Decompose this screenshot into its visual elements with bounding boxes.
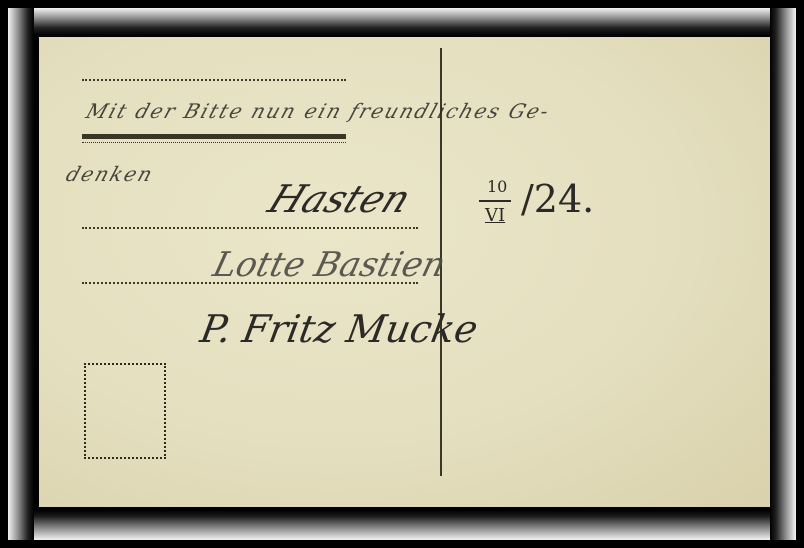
date-fraction-bar	[479, 200, 511, 202]
address-line-2	[82, 227, 418, 229]
frame-bevel-bottom	[8, 508, 796, 540]
stamp-box	[84, 363, 166, 459]
handwriting-date-year: /24.	[521, 177, 594, 221]
frame-bevel-right	[770, 8, 796, 540]
handwriting-line-1: Mit der Bitte nun ein freundliches Ge-	[83, 99, 554, 123]
postcard-back: Mit der Bitte nun ein freundliches Ge- d…	[39, 37, 770, 507]
address-line-1b	[82, 142, 346, 143]
frame-bevel-left	[8, 8, 34, 540]
handwriting-name-1: Lotte Bastien	[209, 245, 450, 285]
handwriting-date-month: VI	[485, 205, 505, 226]
handwriting-name-2: P. Fritz Mucke	[197, 307, 481, 351]
address-line-1	[82, 79, 346, 81]
address-line-thick	[82, 134, 346, 139]
frame-bevel-top	[8, 8, 796, 36]
handwriting-date-day: 10	[487, 177, 507, 196]
handwriting-place: Hasten	[262, 177, 417, 221]
handwriting-line-2: denken	[63, 162, 157, 186]
